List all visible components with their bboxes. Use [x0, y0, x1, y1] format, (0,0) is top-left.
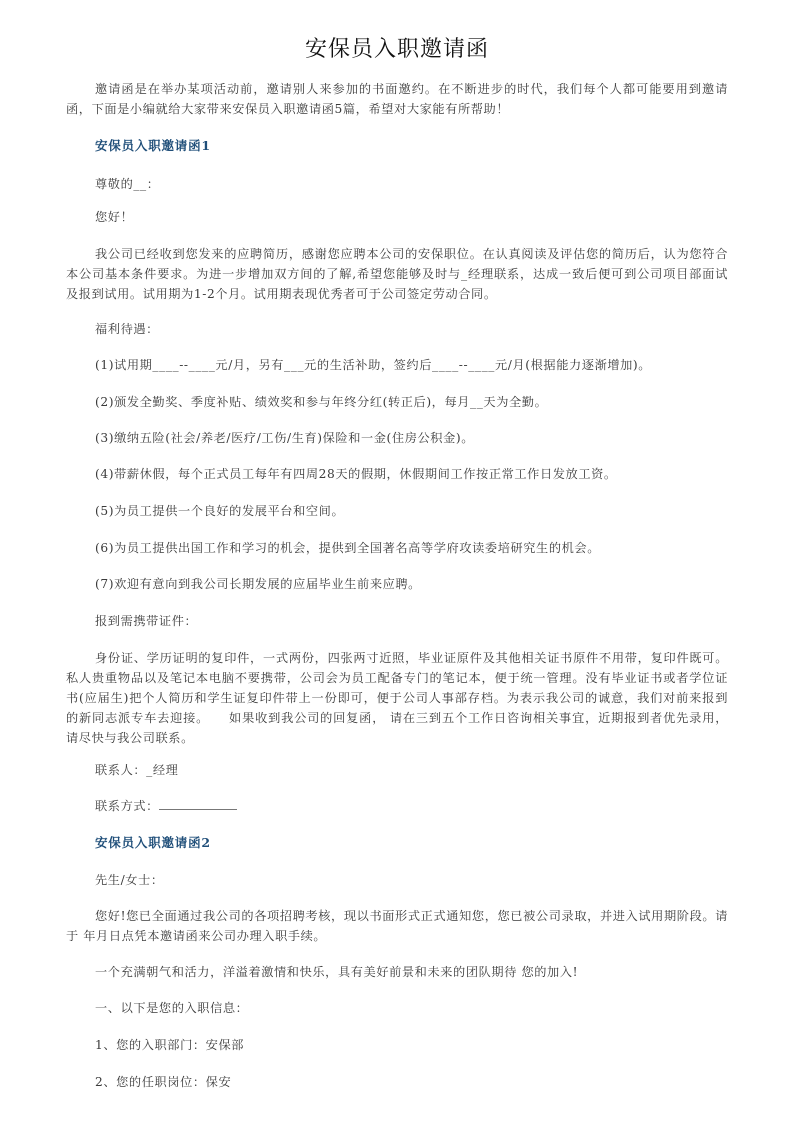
info-item: 2、您的任职岗位：保安 — [95, 1072, 735, 1092]
contact-person: 联系人：_经理 — [95, 760, 735, 780]
benefit-item: (7)欢迎有意向到我公司长期发展的应届毕业生前来应聘。 — [95, 574, 735, 594]
documents-label: 报到需携带证件： — [95, 611, 735, 631]
letter1-heading: 安保员入职邀请函1 — [95, 136, 211, 154]
letter2-body: 您好!您已全面通过我公司的各项招聘考核，现以书面形式正式通知您，您已被公司录取，… — [66, 906, 728, 946]
letter2-team: 一个充满朝气和活力，洋溢着激情和快乐，具有美好前景和未来的团队期待 您的加入! — [95, 962, 735, 982]
benefits-label: 福利待遇： — [95, 319, 735, 339]
blank-underline — [159, 797, 237, 810]
intro-paragraph: 邀请函是在举办某项活动前，邀请别人来参加的书面邀约。在不断进步的时代，我们每个人… — [66, 79, 728, 119]
info-label: 一、以下是您的入职信息： — [95, 998, 735, 1018]
benefit-item: (3)缴纳五险(社会/养老/医疗/工伤/生育)保险和一金(住房公积金)。 — [95, 428, 735, 448]
benefit-item: (1)试用期____--____元/月，另有___元的生活补助，签约后____-… — [95, 355, 735, 375]
benefit-item: (5)为员工提供一个良好的发展平台和空间。 — [95, 501, 735, 521]
info-item: 1、您的入职部门：安保部 — [95, 1035, 735, 1055]
documents-body: 身份证、学历证明的复印件，一式两份，四张两寸近照，毕业证原件及其他相关证书原件不… — [66, 648, 728, 748]
document-title: 安保员入职邀请函 — [0, 32, 794, 63]
letter2-heading: 安保员入职邀请函2 — [95, 833, 211, 851]
benefit-item: (2)颁发全勤奖、季度补贴、绩效奖和参与年终分红(转正后)，每月__天为全勤。 — [95, 392, 735, 412]
document-page: 安保员入职邀请函 邀请函是在举办某项活动前，邀请别人来参加的书面邀约。在不断进步… — [0, 0, 794, 1123]
contact-method: 联系方式： — [95, 796, 735, 816]
letter1-body: 我公司已经收到您发来的应聘简历，感谢您应聘本公司的安保职位。在认真阅读及评估您的… — [66, 244, 728, 304]
letter1-salutation: 尊敬的__： — [95, 174, 735, 194]
benefit-item: (4)带薪休假，每个正式员工每年有四周28天的假期，休假期间工作按正常工作日发放… — [95, 464, 735, 484]
benefit-item: (6)为员工提供出国工作和学习的机会，提供到全国著名高等学府攻读委培研究生的机会… — [95, 538, 735, 558]
contact-method-label: 联系方式： — [95, 799, 159, 813]
letter2-salutation: 先生/女士： — [95, 870, 735, 890]
letter1-greeting: 您好！ — [95, 207, 735, 227]
